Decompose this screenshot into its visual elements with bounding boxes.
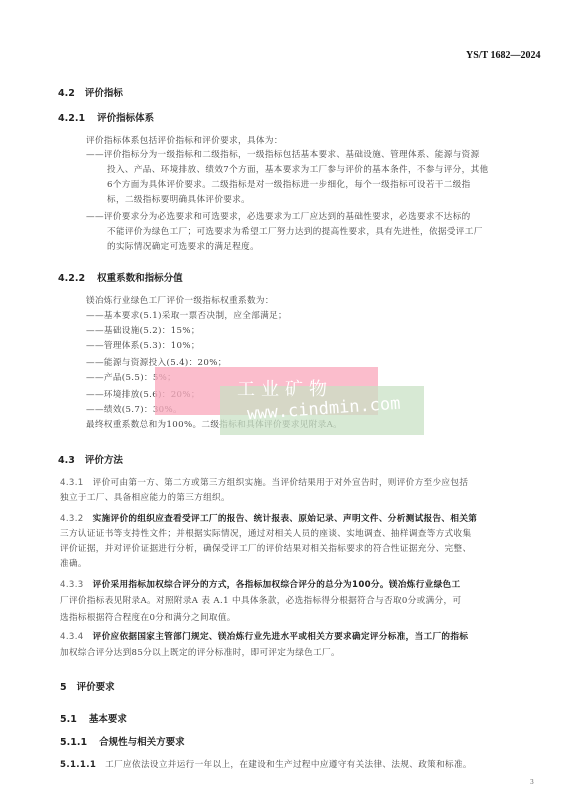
clause-4-3-2: 4.3.2实施评价的组织应查看受评工厂的报告、统计报表、原始记录、声明文件、分析… [60, 512, 477, 526]
bullet-line: 标，二级指标要明确具体评价要求。 [107, 193, 250, 207]
clause-line: 评价证据，并对评价证据进行分析，确保受评工厂的评价结果对相关指标要求的符合性证据… [60, 542, 471, 556]
clause-line: 加权综合评分达到85分以上既定的评分标准时，即可评定为绿色工厂。 [60, 646, 340, 660]
section-4-2-1-intro: 评价指标体系包括评价指标和评价要求，具体为： [86, 134, 283, 148]
clause-4-3-4: 4.3.4评价应依据国家主管部门规定、镁冶炼行业先进水平或相关方要求确定评分标准… [60, 630, 468, 644]
clause-line: 三方认证证书等支持性文件；并根据实际情况，通过对相关人员的座谈、实地调查、抽样调… [60, 527, 471, 541]
clause-line: 厂评价指标表见附录A。对照附录A 表 A.1 中具体条款，必选指标得分根据符合与… [60, 594, 461, 608]
bullet-line: 6个方面为具体评价要求。二级指标是对一级指标进一步细化，每个一级指标可设若干二级… [107, 178, 471, 192]
weight-item: ——管理体系(5.3)：10%； [86, 339, 200, 353]
section-5-1-1-heading: 5.1.1合规性与相关方要求 [60, 734, 185, 748]
clause-line: 选指标根据符合程度在0分和满分之间取值。 [60, 611, 236, 625]
clause-line: 独立于工厂、具备相应能力的第三方组织。 [60, 491, 230, 505]
section-4-2-2-intro: 镁冶炼行业绿色工厂评价一级指标权重系数为： [86, 294, 274, 308]
watermark-text: 工业矿物 [237, 375, 333, 401]
bullet-line: ——评价要求分为必选要求和可选要求，必选要求为工厂应达到的基础性要求，必选要求不… [86, 210, 471, 224]
document-code: YS/T 1682—2024 [466, 50, 541, 61]
clause-5-1-1-1: 5.1.1.1工厂应依法设立并运行一年以上，在建设和生产过程中应遵守有关法律、法… [60, 758, 472, 772]
bullet-line: ——评价指标分为一级指标和二级指标，一级指标包括基本要求、基础设施、管理体系、能… [86, 148, 480, 162]
weight-item: ——基本要求(5.1)采取一票否决制，应全部满足； [86, 309, 287, 323]
clause-4-3-3: 4.3.3评价采用指标加权综合评分的方式，各指标加权综合评分的总分为100分。镁… [60, 578, 460, 592]
section-4-2-heading: 4.2评价指标 [58, 85, 123, 99]
clause-line: 准确。 [60, 557, 87, 571]
section-4-3-heading: 4.3评价方法 [58, 452, 123, 466]
bullet-line: 不能评价为绿色工厂；可选要求为希望工厂努力达到的提高性要求，具有先进性，依据受评… [107, 225, 483, 239]
section-4-2-2-heading: 4.2.2权重系数和指标分值 [58, 270, 183, 284]
bullet-line: 投入、产品、环境排放、绩效7个方面，基本要求为工厂参与评价的基本条件，不参与评分… [107, 163, 488, 177]
section-5-1-heading: 5.1基本要求 [60, 711, 127, 725]
bullet-line: 的实际情况确定可选要求的满足程度。 [107, 240, 259, 254]
page-number: 3 [530, 779, 534, 786]
section-4-2-1-heading: 4.2.1评价指标体系 [58, 110, 154, 124]
weight-item: ——基础设施(5.2)：15%； [86, 324, 200, 338]
clause-4-3-1: 4.3.1评价可由第一方、第二方或第三方组织实施。当评价结果用于对外宣告时，则评… [60, 476, 468, 490]
section-5-heading: 5评价要求 [60, 679, 115, 693]
